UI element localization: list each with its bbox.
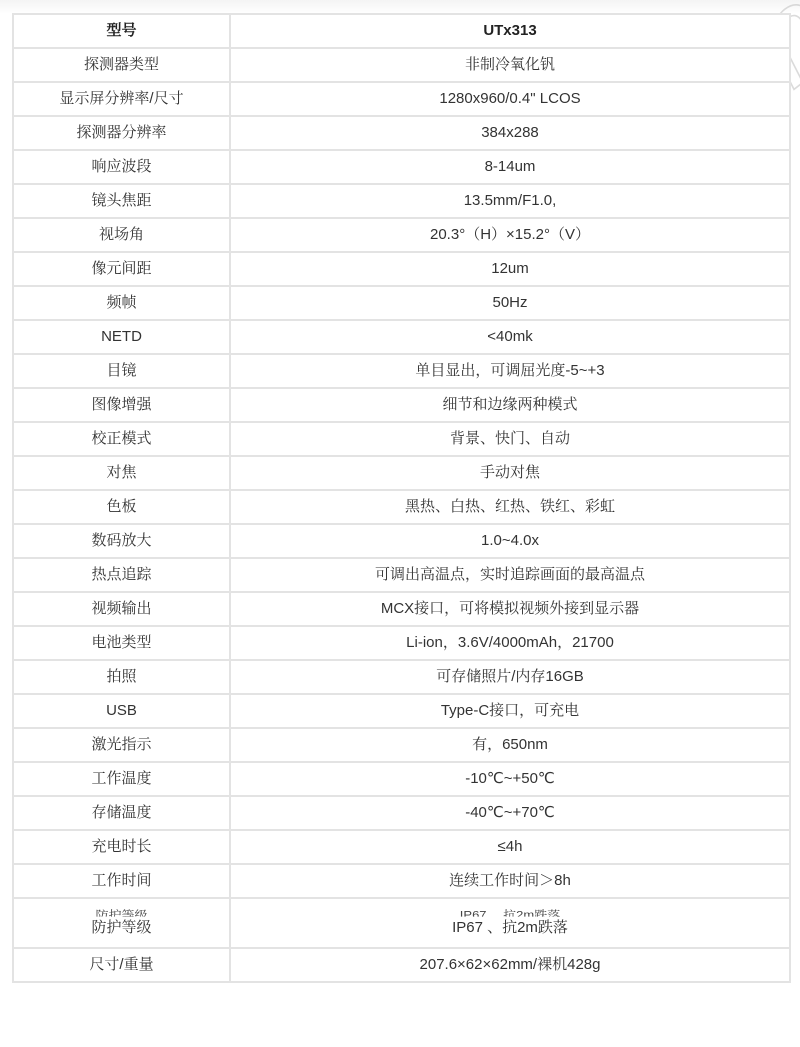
spec-label: 存储温度 xyxy=(13,796,230,830)
spec-label: USB xyxy=(13,694,230,728)
spec-value: ≤4h xyxy=(230,830,790,864)
spec-value-text: IP67 、抗2m跌落 xyxy=(237,918,783,938)
clipped-duplicate-text: 防护等级 xyxy=(20,909,223,917)
spec-label: 数码放大 xyxy=(13,524,230,558)
table-row: USBType-C接口，可充电 xyxy=(13,694,790,728)
spec-label: 频帧 xyxy=(13,286,230,320)
table-row: 激光指示有，650nm xyxy=(13,728,790,762)
spec-label: 图像增强 xyxy=(13,388,230,422)
table-row: 探测器类型非制冷氧化钒 xyxy=(13,48,790,82)
table-row: 充电时长≤4h xyxy=(13,830,790,864)
spec-value: 细节和边缘两种模式 xyxy=(230,388,790,422)
spec-value: -10℃~+50℃ xyxy=(230,762,790,796)
table-row: 色板黑热、白热、红热、铁红、彩虹 xyxy=(13,490,790,524)
spec-label: 对焦 xyxy=(13,456,230,490)
table-row: 电池类型Li-ion，3.6V/4000mAh，21700 xyxy=(13,626,790,660)
spec-value: 8-14um xyxy=(230,150,790,184)
clipped-duplicate-text: IP67 、抗2m跌落 xyxy=(237,909,783,917)
spec-label-text: 防护等级 xyxy=(20,918,223,938)
table-row: 频帧50Hz xyxy=(13,286,790,320)
table-row: 拍照可存储照片/内存16GB xyxy=(13,660,790,694)
table-row: 存储温度-40℃~+70℃ xyxy=(13,796,790,830)
spec-label: NETD xyxy=(13,320,230,354)
spec-label: 电池类型 xyxy=(13,626,230,660)
spec-value: Li-ion，3.6V/4000mAh，21700 xyxy=(230,626,790,660)
spec-value: <40mk xyxy=(230,320,790,354)
spec-value: 有，650nm xyxy=(230,728,790,762)
table-row: 像元间距12um xyxy=(13,252,790,286)
spec-value: 单目显出，可调屈光度-5~+3 xyxy=(230,354,790,388)
spec-label: 响应波段 xyxy=(13,150,230,184)
table-row-protection: 防护等级 防护等级 IP67 、抗2m跌落 IP67 、抗2m跌落 xyxy=(13,898,790,948)
table-row: 工作温度-10℃~+50℃ xyxy=(13,762,790,796)
table-row: 视场角20.3°（H）×15.2°（V） xyxy=(13,218,790,252)
spec-label: 像元间距 xyxy=(13,252,230,286)
spec-value: 背景、快门、自动 xyxy=(230,422,790,456)
spec-value: 黑热、白热、红热、铁红、彩虹 xyxy=(230,490,790,524)
spec-label: 视频输出 xyxy=(13,592,230,626)
table-row: 响应波段8-14um xyxy=(13,150,790,184)
spec-label: 色板 xyxy=(13,490,230,524)
spec-label: 工作时间 xyxy=(13,864,230,898)
spec-label: 工作温度 xyxy=(13,762,230,796)
spec-value: 可存储照片/内存16GB xyxy=(230,660,790,694)
table-row: 视频输出MCX接口，可将模拟视频外接到显示器 xyxy=(13,592,790,626)
spec-label: 探测器分辨率 xyxy=(13,116,230,150)
spec-value: 384x288 xyxy=(230,116,790,150)
spec-label: 充电时长 xyxy=(13,830,230,864)
spec-value: 13.5mm/F1.0, xyxy=(230,184,790,218)
spec-value: 连续工作时间＞8h xyxy=(230,864,790,898)
spec-value: Type-C接口，可充电 xyxy=(230,694,790,728)
spec-label: 视场角 xyxy=(13,218,230,252)
table-header-row: 型号 UTx313 xyxy=(13,14,790,48)
spec-value: 1.0~4.0x xyxy=(230,524,790,558)
spec-value: 手动对焦 xyxy=(230,456,790,490)
table-row: 图像增强细节和边缘两种模式 xyxy=(13,388,790,422)
table-row: 数码放大1.0~4.0x xyxy=(13,524,790,558)
header-model-value: UTx313 xyxy=(230,14,790,48)
spec-label: 校正模式 xyxy=(13,422,230,456)
spec-value: 20.3°（H）×15.2°（V） xyxy=(230,218,790,252)
spec-label: 激光指示 xyxy=(13,728,230,762)
spec-value: IP67 、抗2m跌落 IP67 、抗2m跌落 xyxy=(230,898,790,948)
table-row: 热点追踪可调出高温点，实时追踪画面的最高温点 xyxy=(13,558,790,592)
spec-label: 探测器类型 xyxy=(13,48,230,82)
spec-value: 207.6×62×62mm/裸机428g xyxy=(230,948,790,982)
table-row: 探测器分辨率384x288 xyxy=(13,116,790,150)
spec-value: 可调出高温点，实时追踪画面的最高温点 xyxy=(230,558,790,592)
table-row: NETD<40mk xyxy=(13,320,790,354)
spec-value: MCX接口，可将模拟视频外接到显示器 xyxy=(230,592,790,626)
spec-label: 镜头焦距 xyxy=(13,184,230,218)
spec-label: 热点追踪 xyxy=(13,558,230,592)
table-row: 校正模式背景、快门、自动 xyxy=(13,422,790,456)
spec-label: 显示屏分辨率/尺寸 xyxy=(13,82,230,116)
spec-label: 尺寸/重量 xyxy=(13,948,230,982)
spec-label: 拍照 xyxy=(13,660,230,694)
table-row: 尺寸/重量207.6×62×62mm/裸机428g xyxy=(13,948,790,982)
spec-value: 12um xyxy=(230,252,790,286)
spec-label: 目镜 xyxy=(13,354,230,388)
table-row: 目镜单目显出，可调屈光度-5~+3 xyxy=(13,354,790,388)
table-row: 对焦手动对焦 xyxy=(13,456,790,490)
spec-label: 防护等级 防护等级 xyxy=(13,898,230,948)
table-row: 工作时间连续工作时间＞8h xyxy=(13,864,790,898)
spec-value: 非制冷氧化钒 xyxy=(230,48,790,82)
table-row: 显示屏分辨率/尺寸1280x960/0.4" LCOS xyxy=(13,82,790,116)
header-label: 型号 xyxy=(13,14,230,48)
spec-value: -40℃~+70℃ xyxy=(230,796,790,830)
spec-value: 50Hz xyxy=(230,286,790,320)
spec-table: 型号 UTx313 探测器类型非制冷氧化钒 显示屏分辨率/尺寸1280x960/… xyxy=(12,13,791,983)
spec-value: 1280x960/0.4" LCOS xyxy=(230,82,790,116)
table-row: 镜头焦距13.5mm/F1.0, xyxy=(13,184,790,218)
